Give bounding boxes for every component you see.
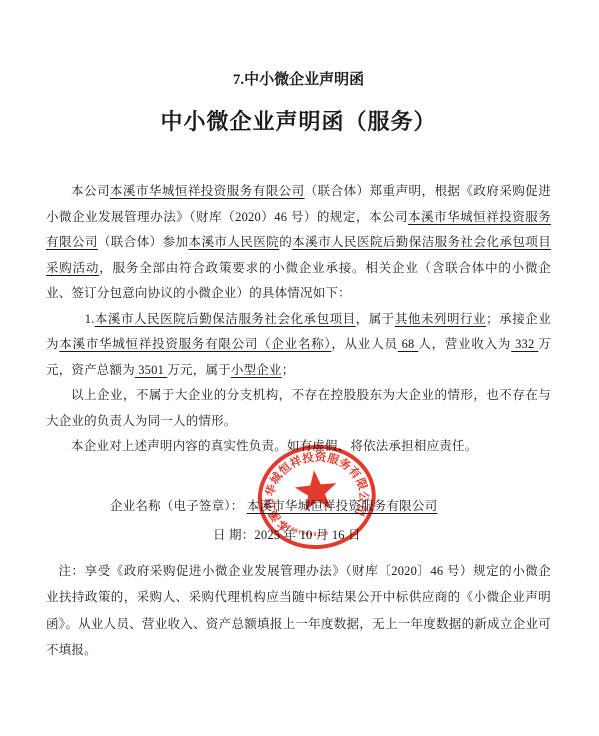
underlined-fill-in: 3501 (135, 363, 167, 377)
signature-company-name: 本溪市华城恒祥投资服务有限公司 (247, 499, 438, 513)
document-body: 本公司本溪市华城恒祥投资服务有限公司（联合体）郑重声明，根据《政府采购促进小微企… (46, 179, 551, 460)
underlined-fill-in: 本溪市人民医院 (189, 235, 280, 249)
note-paragraph: 注：享受《政府采购促进小微企业发展管理办法》（财库〔2020〕46 号）规定的小… (46, 558, 551, 664)
underlined-fill-in: 本溪市人民医院后勤保洁服务社会化承包项目 (95, 312, 356, 326)
underlined-fill-in: 小型企业 (231, 363, 282, 377)
text-run: ，从业人员 (331, 337, 397, 351)
text-run: 1. (85, 312, 95, 326)
underlined-fill-in: 332 (511, 337, 538, 351)
paragraph-item-1: 1.本溪市人民医院后勤保洁服务社会化承包项目，属于其他未列明行业；承接企业为本溪… (46, 307, 551, 384)
paragraph-declaration: 本公司本溪市华城恒祥投资服务有限公司（联合体）郑重声明，根据《政府采购促进小微企… (46, 179, 551, 307)
text-run: ，属于 (356, 312, 395, 326)
underlined-fill-in: 本溪市华城恒祥投资服务有限公司（企业名称） (59, 337, 331, 351)
underlined-fill-in: 68 (398, 337, 419, 351)
text-run: 万元，属于 (167, 363, 231, 377)
paragraph-not-large-enterprise: 以上企业，不属于大企业的分支机构，不存在控股股东为大企业的情形，也不存在与大企业… (46, 383, 551, 434)
signature-label: 企业名称（电子签章）： (110, 499, 243, 513)
text-run: 本企业对上述声明内容的真实性负责。如有虚假，将依法承担相应责任。 (71, 439, 477, 453)
declaration-document-page: 7.中小微企业声明函 中小微企业声明函（服务） 本公司本溪市华城恒祥投资服务有限… (0, 0, 599, 736)
signature-line: 企业名称（电子签章）： 本溪市华城恒祥投资服务有限公司 (46, 496, 551, 516)
document-title: 中小微企业声明函（服务） (46, 107, 551, 137)
underlined-fill-in: 其他未列明行业 (395, 312, 486, 326)
text-run: ，服务全部由符合政策要求的小微企业承接。相关企业（含联合体中的小微企业、签订分包… (46, 261, 551, 301)
text-run: 本公司 (71, 184, 110, 198)
text-run: 人，营业收入为 (418, 337, 511, 351)
text-run: 的 (279, 235, 292, 249)
text-run: ； (282, 363, 295, 377)
document-kicker: 7.中小微企业声明函 (46, 70, 551, 90)
text-run: 以上企业，不属于大企业的分支机构，不存在控股股东为大企业的情形，也不存在与大企业… (46, 388, 551, 428)
date-line: 日 期：2025 年 10 月 16 日 (46, 525, 551, 545)
text-run: （联合体）参加 (98, 235, 189, 249)
paragraph-responsibility: 本企业对上述声明内容的真实性负责。如有虚假，将依法承担相应责任。 (46, 434, 551, 460)
underlined-fill-in: 本溪市华城恒祥投资服务有限公司 (110, 184, 305, 198)
